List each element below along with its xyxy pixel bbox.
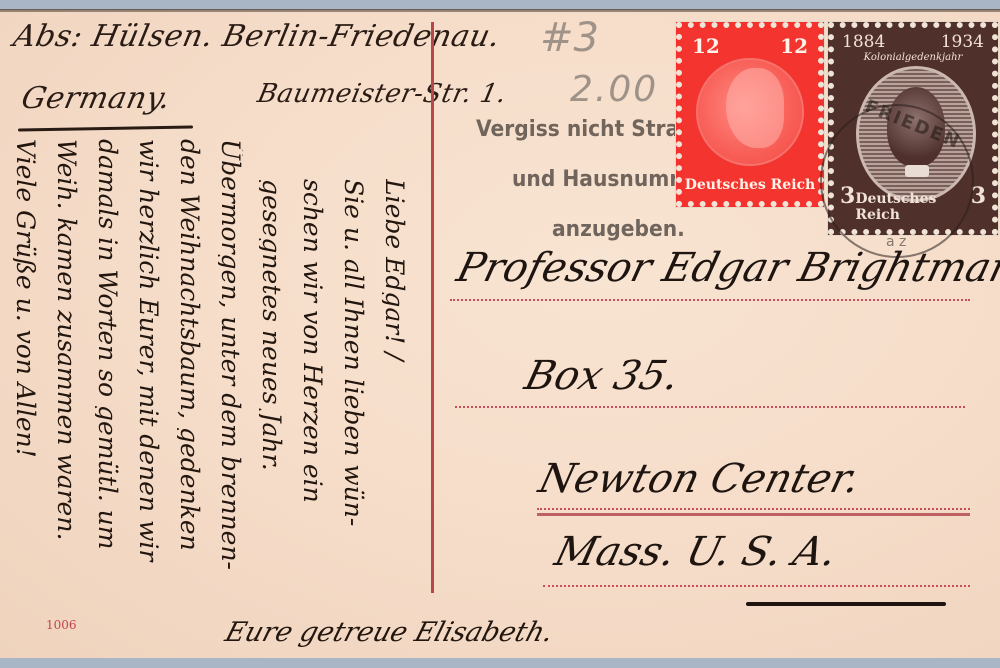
message-column: den Weihnachtsbaum, gedenken [177,139,202,609]
stamp-year-left: 1884 [842,32,885,52]
pencil-item-number: #3 [540,15,599,61]
stamp-country-label: Deutsches Reich [682,177,818,193]
message-column: wir herzlich Eurer, mit denen wir [136,139,161,609]
slogan-cancel-line-3: anzugeben. [552,217,685,242]
address-dotted-line [450,299,970,301]
handwritten-message: Liebe Edgar! /Sie u. all Ihnen lieben wü… [20,139,420,599]
sender-name-line: Abs: Hülsen. Berlin-Friedenau. [10,19,503,54]
signature: Eure getreue Elisabeth. [222,617,557,648]
sender-street-line: Baumeister-Str. 1. [255,79,510,109]
message-column: schen wir von Herzen ein [300,179,325,649]
postcard: Abs: Hülsen. Berlin-Friedenau. Germany. … [0,9,1000,658]
message-column: Weih. kamen zusammen waren. [54,139,79,609]
message-column: Übermorgen, unter dem brennen- [218,139,243,609]
portrait-medallion-icon [696,58,804,166]
stamp-denomination-right: 12 [780,34,808,58]
print-number: 1006 [46,618,77,632]
address-dotted-line [543,585,970,587]
stamp-caption: Kolonialgedenkjahr [834,52,992,63]
stamp-year-right: 1934 [941,32,984,52]
pencil-price: 2.00 [570,69,658,110]
message-column: Liebe Edgar! / [382,179,407,649]
address-solid-line [537,513,970,516]
recipient-name: Professor Edgar Brightman. [452,245,1000,291]
red-divider-line [431,22,434,593]
address-dotted-line [455,406,965,408]
country-underline [746,602,946,606]
stamp-denomination-left: 12 [692,34,720,58]
address-dotted-line [537,508,970,510]
message-column: Sie u. all Ihnen lieben wün- [341,179,366,649]
sender-country: Germany. [18,81,174,116]
postmark-circle-icon: FRIEDEN a z [820,104,974,258]
recipient-state-country: Mass. U. S. A. [550,529,841,575]
slogan-cancel-line-1: Vergiss nicht Straße [476,117,707,142]
message-column: Viele Grüße u. von Allen! [13,139,38,609]
country-underline [18,125,193,131]
recipient-box: Box 35. [520,353,684,399]
recipient-city: Newton Center. [534,456,864,502]
message-column: damals in Worten so gemütl. um [95,139,120,609]
stamp-hindenburg-12: 12 12 Deutsches Reich [676,22,824,207]
message-column: gesegnetes neues Jahr. [259,179,284,649]
